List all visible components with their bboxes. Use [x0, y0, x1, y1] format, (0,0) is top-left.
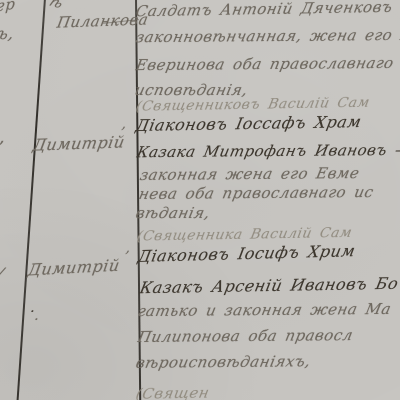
ink-fragment: / [0, 266, 6, 281]
ink-fragment: ѣ, [0, 26, 16, 42]
ink-fragment: ѣ [47, 0, 66, 11]
ink-fragment: ер [0, 0, 16, 15]
edge-ink-fragments: ерѣ,ѣ’’’/·· [0, 0, 400, 400]
ink-fragment: ’ [123, 250, 131, 264]
ink-fragment: ’ [0, 140, 5, 158]
scanned-register-page: ПиланковаДимитрійДимитрій Салдатъ Антоні… [0, 0, 400, 400]
ink-fragment: ’ [119, 126, 127, 140]
